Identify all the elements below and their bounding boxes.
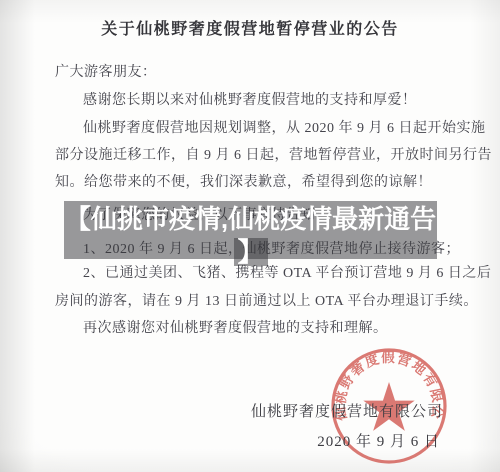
caption-text-line2: 】	[233, 238, 267, 266]
body-line: 房间的游客，请在 9 月 13 日前通过以上 OTA 平台办理退订手续。	[55, 290, 450, 310]
document-photo: 关于仙桃野奢度假营地暂停营业的公告 广大游客朋友： 感谢您长期以来对仙桃野奢度假…	[0, 0, 500, 472]
body-line: 仙桃野奢度假营地因规划调整，从 2020 年 9 月 6 日起开始实施	[55, 117, 450, 137]
body-line: 感谢您长期以来对仙桃野奢度假营地的支持和厚爱！	[55, 89, 450, 109]
signature-date: 2020 年 9 月 6 日	[317, 430, 440, 451]
caption-text-line1: 【仙挑市疫情,仙桃疫情最新通告	[64, 201, 437, 237]
body-line: 知。给您带来的不便，我们深表歉意，希望得到您的谅解！	[55, 171, 450, 191]
signature-company: 仙桃野奢度假营地有限公司	[251, 400, 443, 421]
caption-overlay-banner: 【仙挑市疫情,仙桃疫情最新通告 】	[64, 201, 437, 259]
body-line-salutation: 广大游客朋友：	[55, 61, 450, 81]
body-line: 再次感谢您对仙桃野奢度假营地的支持和理解。	[55, 317, 450, 337]
notice-title: 关于仙桃野奢度假营地暂停营业的公告	[0, 16, 500, 39]
body-line: 部分设施迁移工作，自 9 月 6 日起，营地暂停营业，开放时间另行告	[55, 144, 450, 164]
